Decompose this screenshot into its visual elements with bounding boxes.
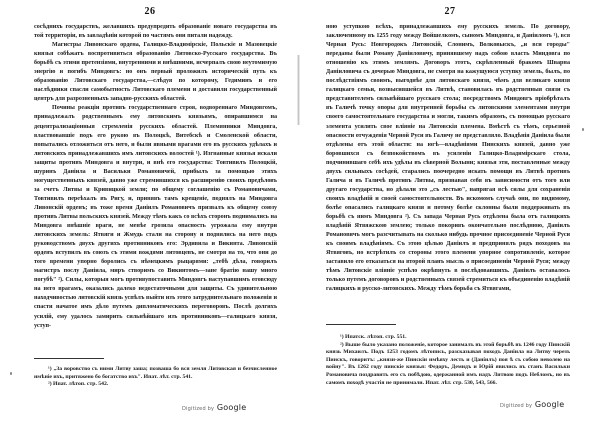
footnote: ²) Выше было указано положеніе, которое … — [326, 342, 570, 388]
watermark-brand: Google — [535, 400, 564, 409]
google-watermark: Digitized by Google — [182, 403, 246, 412]
footnote: ¹) Ипатск. лѣтоп. стр. 551. — [326, 334, 570, 342]
scan-speck — [10, 372, 12, 375]
footnote: ¹) „За воровство съ ними Литву заша; поз… — [34, 366, 277, 381]
right-page: 27 ною уступкою всѣхъ, принадлежавшихъ е… — [300, 0, 600, 430]
page-number: 27 — [300, 6, 600, 17]
watermark-prefix: Digitized by — [182, 406, 214, 412]
main-text: ною уступкою всѣхъ, принадлежавшихъ ему … — [326, 23, 570, 294]
main-text: сосѣднихъ государствъ, желавшихъ предупр… — [34, 23, 277, 331]
paragraph: ною уступкою всѣхъ, принадлежавшихъ ему … — [326, 23, 570, 294]
watermark-brand: Google — [217, 403, 246, 412]
paragraph: Почины реакціи противъ государственнаго … — [34, 104, 277, 330]
footnote: ²) Ипат. лѣтоп. стр. 542. — [34, 381, 277, 389]
left-page: 26 сосѣднихъ государствъ, желавшихъ пред… — [0, 0, 300, 430]
page-number: 26 — [0, 6, 300, 17]
footnote-divider — [326, 324, 396, 325]
paragraph: Магистры Ливонскаго ордена, Галицко-Влад… — [34, 41, 277, 104]
paragraph: сосѣднихъ государствъ, желавшихъ предупр… — [34, 23, 277, 41]
footnotes: ¹) „За воровство съ ними Литву заша; поз… — [34, 366, 277, 389]
footnotes: ¹) Ипатск. лѣтоп. стр. 551. ²) Выше было… — [326, 334, 570, 387]
watermark-prefix: Digitized by — [500, 403, 532, 409]
google-watermark: Digitized by Google — [500, 400, 564, 409]
footnote-divider — [34, 358, 104, 359]
